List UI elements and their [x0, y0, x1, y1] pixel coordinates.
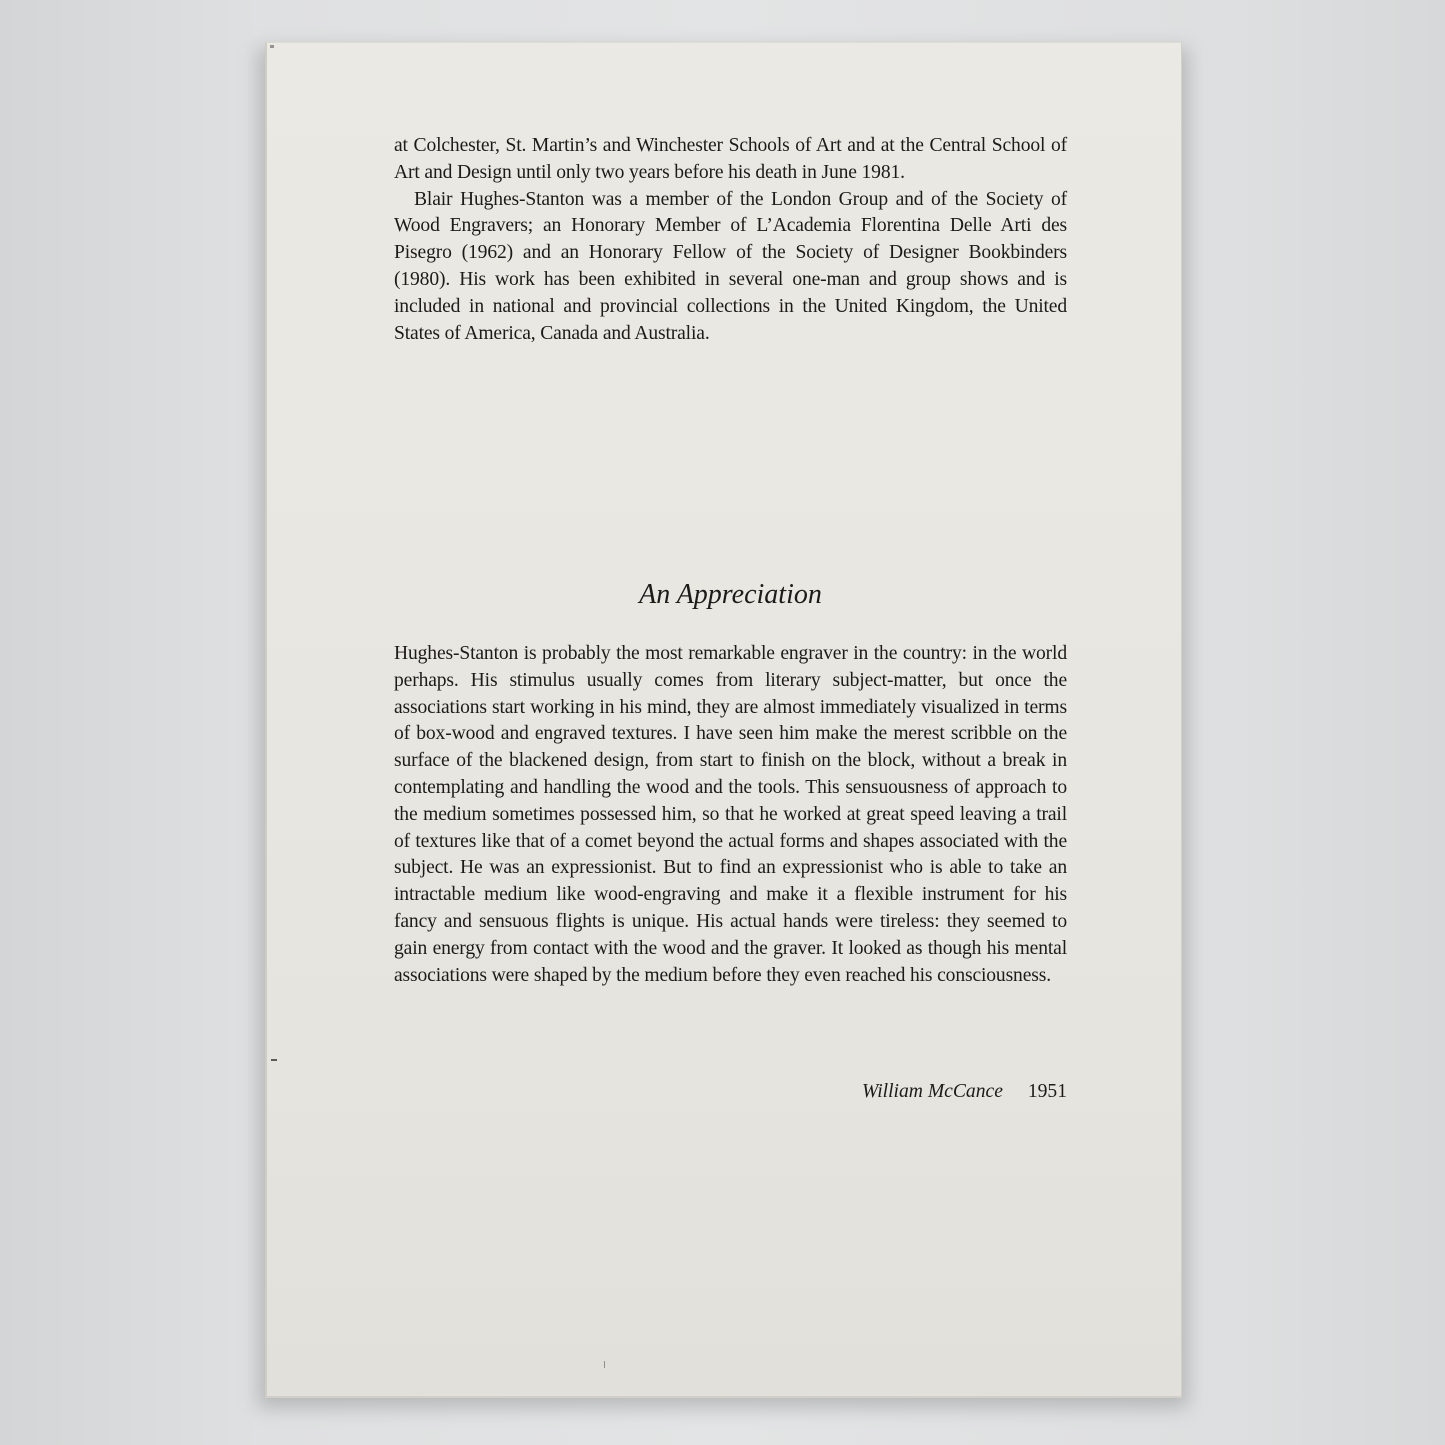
attribution-author: William McCance	[862, 1081, 1003, 1102]
biography-text: at Colchester, St. Martin’s and Winchest…	[394, 133, 1067, 347]
attribution-year: 1951	[1028, 1081, 1067, 1102]
book-back-cover: at Colchester, St. Martin’s and Winchest…	[265, 42, 1182, 1398]
bottom-blemish-mark	[604, 1361, 605, 1368]
bio-paragraph-2: Blair Hughes-Stanton was a member of the…	[394, 187, 1067, 348]
attribution: William McCance 1951	[862, 1081, 1067, 1103]
corner-wear-mark	[270, 45, 274, 48]
bio-paragraph-1: at Colchester, St. Martin’s and Winchest…	[394, 133, 1067, 187]
appreciation-text: Hughes-Stanton is probably the most rema…	[394, 641, 1067, 989]
appreciation-paragraph: Hughes-Stanton is probably the most rema…	[394, 641, 1067, 989]
section-heading: An Appreciation	[394, 579, 1067, 611]
edge-blemish-mark	[271, 1059, 277, 1061]
